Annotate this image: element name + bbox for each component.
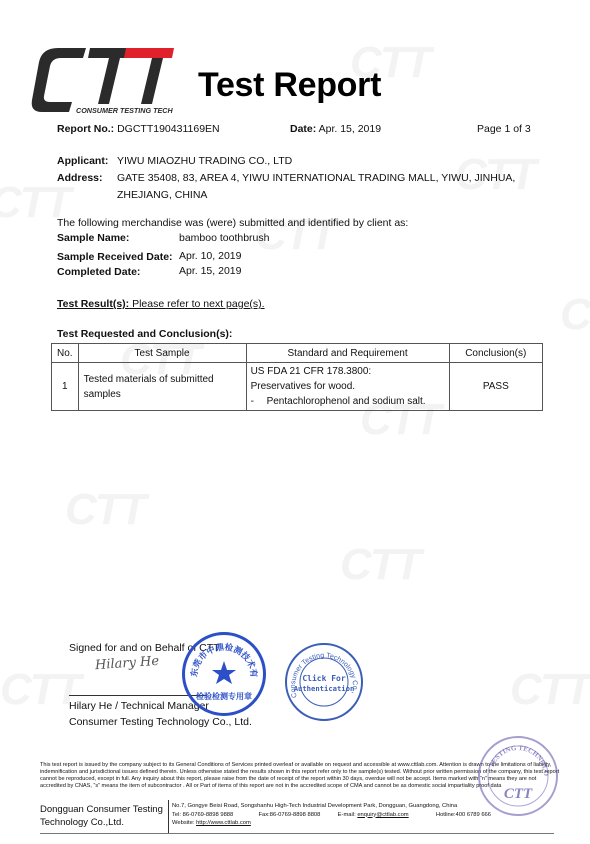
conclusion-table: No. Test Sample Standard and Requirement… [51,343,543,411]
footer-divider [168,800,169,834]
footer-contact: Dongguan Consumer Testing Technology Co.… [40,802,552,834]
click-for-label: Click For [302,673,346,683]
column-header: No. [52,344,79,363]
column-header: Test Sample [78,344,246,363]
email-link[interactable]: enquiry@cttlab.com [357,812,408,818]
watermark: CTT [0,665,80,715]
ctt-logo: CONSUMER TESTING TECH [28,44,178,116]
official-stamp: 东莞市中鼎检测技术有限公司 检验检测专用章 [182,632,266,716]
table-row: 1 Tested materials of submitted samples … [52,363,543,411]
authentication-label: Authentication [294,684,355,693]
column-header: Standard and Requirement [246,344,449,363]
watermark: CTT [65,485,145,535]
table-header-row: No. Test Sample Standard and Requirement… [52,344,543,363]
watermark: CTT [510,665,590,715]
sample-intro: The following merchandise was (were) sub… [57,217,408,229]
cell-standard: US FDA 21 CFR 178.3800: Preservatives fo… [246,363,449,411]
svg-text:TESTING TECHNOLOGY: TESTING TECHNOLOGY [480,738,550,777]
footer-company: Dongguan Consumer Testing Technology Co.… [40,803,163,829]
website-link[interactable]: http://www.cttlab.com [196,820,251,826]
page-indicator: Page 1 of 3 [477,123,531,135]
cell-sample: Tested materials of submitted samples [78,363,246,411]
conclusion-heading: Test Requested and Conclusion(s): [57,328,232,340]
svg-text:CONSUMER TESTING TECH: CONSUMER TESTING TECH [76,106,173,115]
signer-company: Consumer Testing Technology Co., Ltd. [69,716,252,728]
watermark: CTT [560,290,590,340]
watermark: CTT [340,540,420,590]
column-header: Conclusion(s) [449,344,542,363]
cell-no: 1 [52,363,79,411]
authentication-stamp[interactable]: Consumer Testing Technology Co., Ltd. Cl… [285,643,363,721]
svg-text:检验检测专用章: 检验检测专用章 [196,691,252,701]
footer-details: No.7, Gongye Beisi Road, Songshanhu High… [172,802,491,828]
svg-text:CTT: CTT [504,786,533,802]
report-date: Date: Apr. 15, 2019 [290,123,381,135]
footer-rule [40,833,554,834]
test-result: Test Result(s): Please refer to next pag… [57,298,265,310]
report-title: Test Report [198,66,381,105]
handwritten-signature: Hilary He [95,654,160,673]
cell-conclusion: PASS [449,363,542,411]
report-number: Report No.: DGCTT190431169EN [57,123,220,135]
